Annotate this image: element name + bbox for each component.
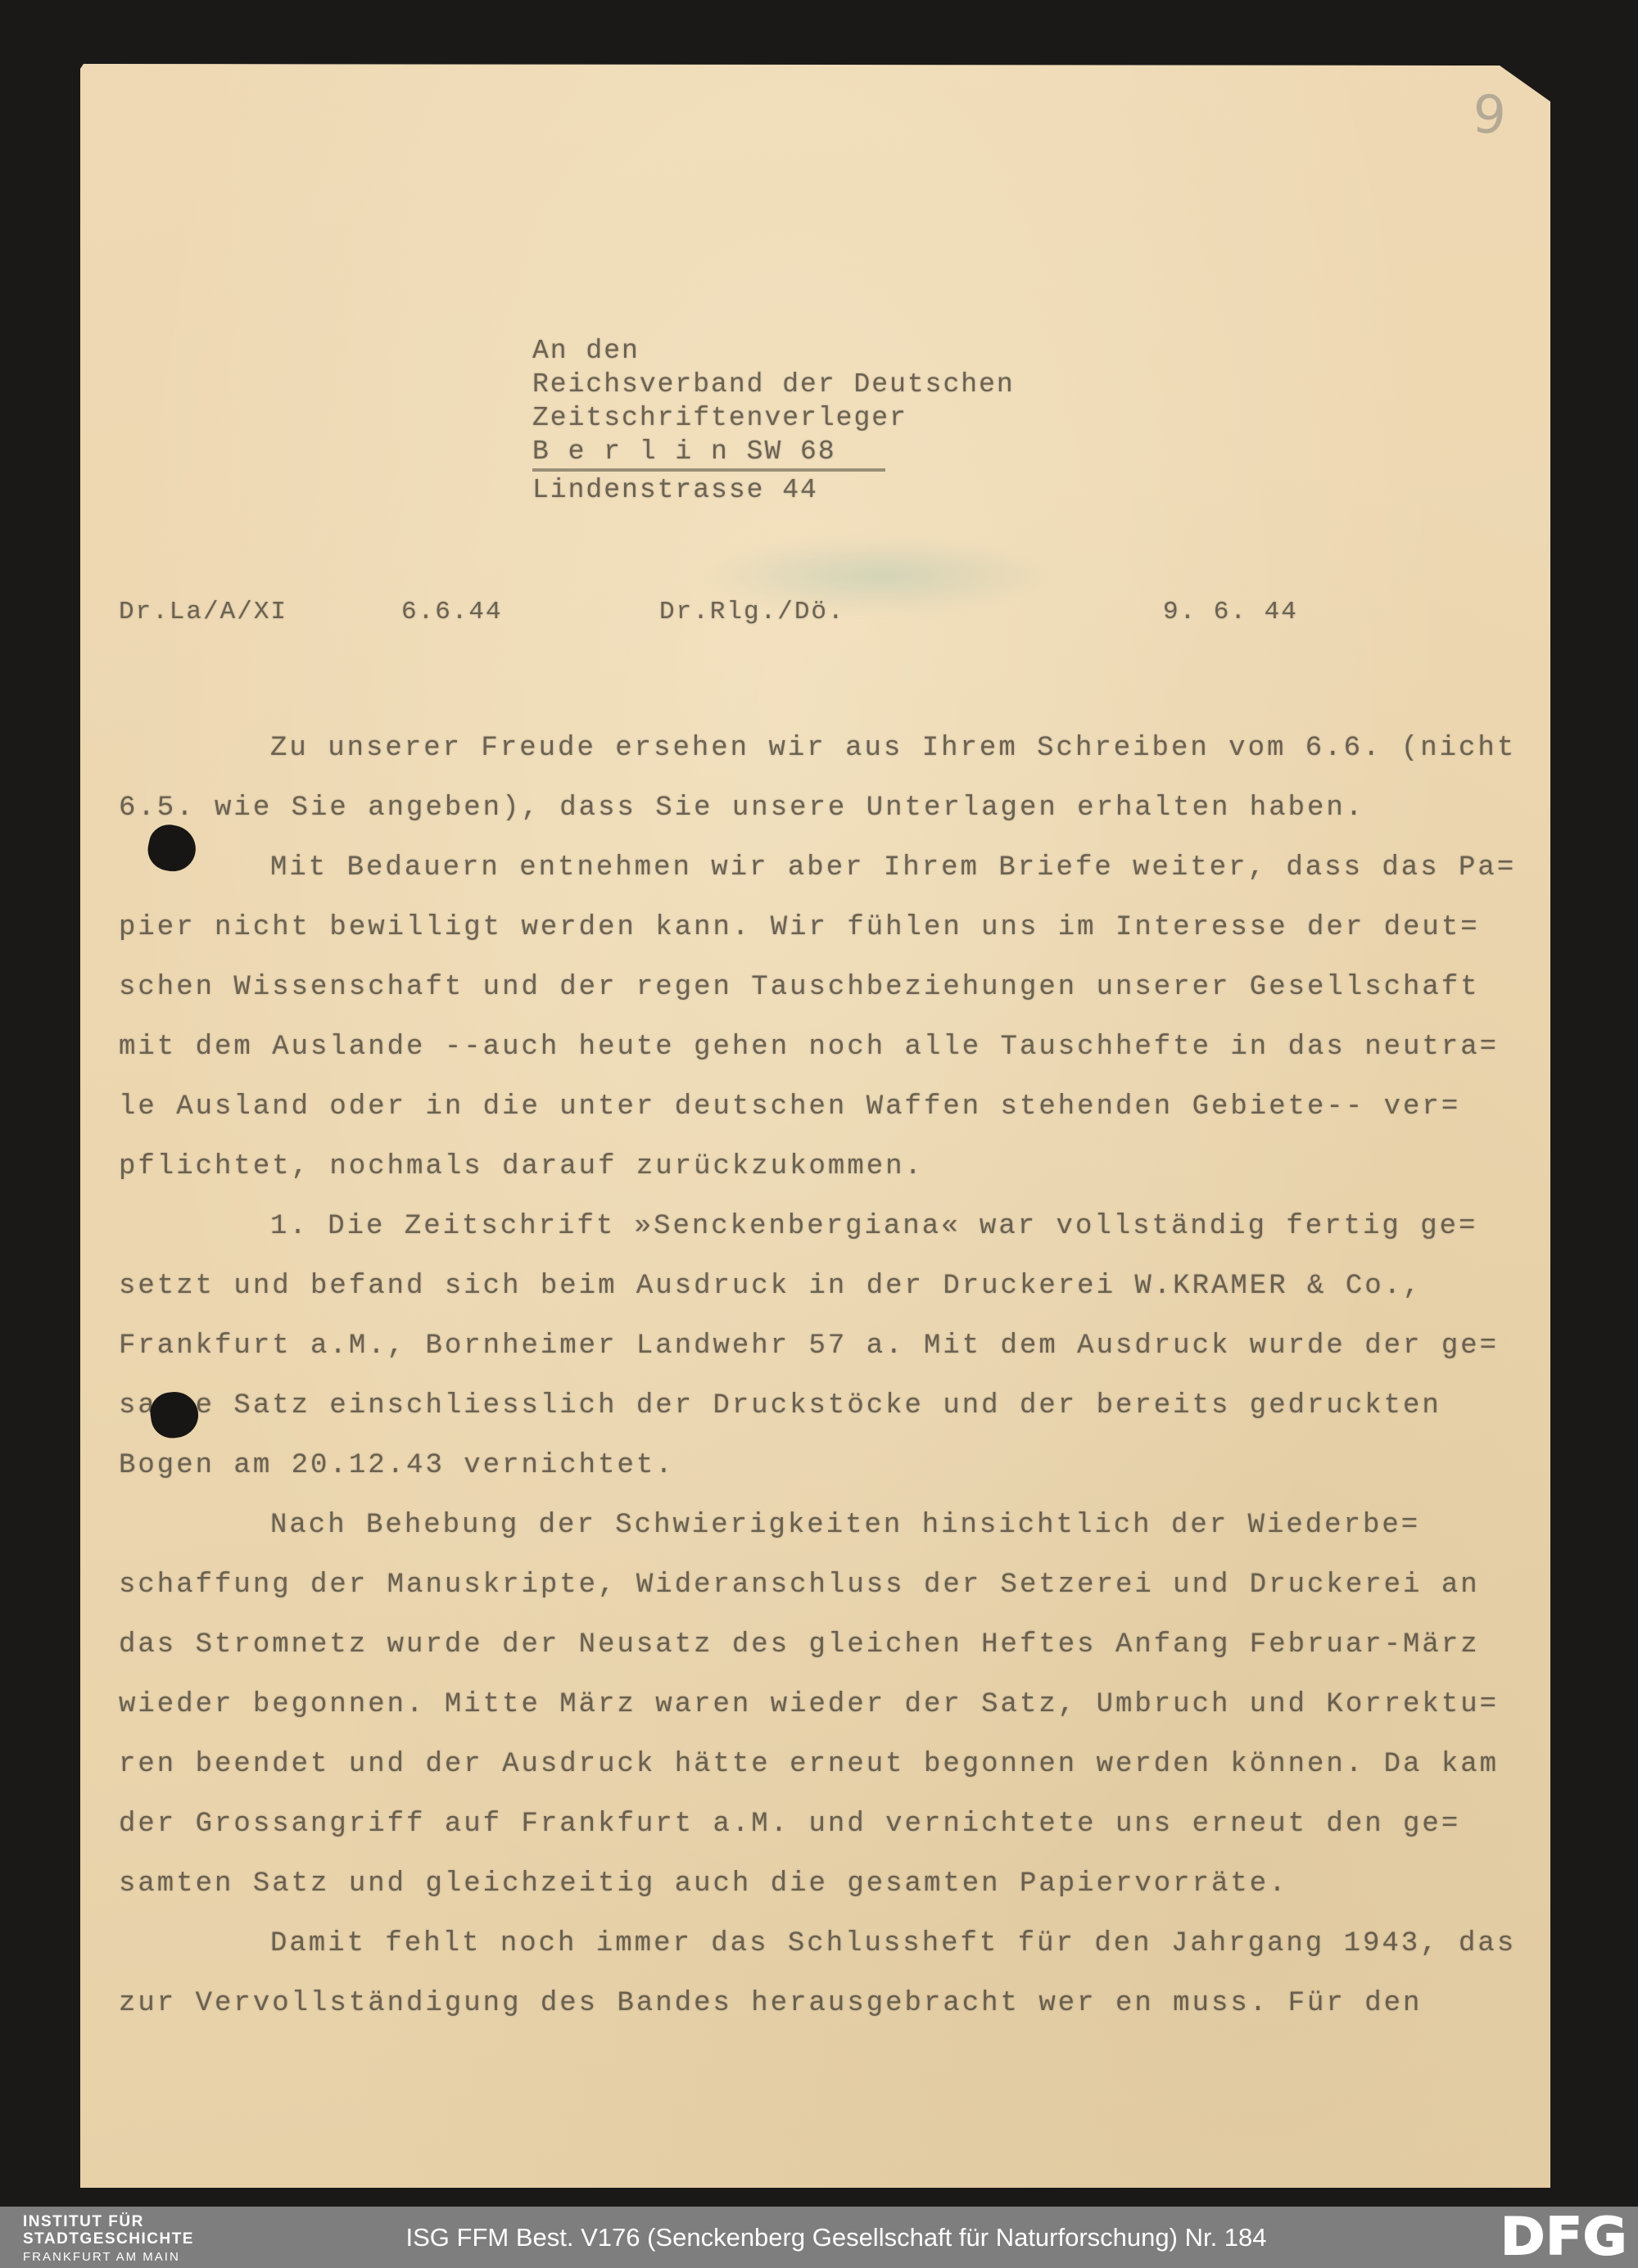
archive-caption: ISG FFM Best. V176 (Senckenberg Gesellsc… bbox=[406, 2223, 1267, 2252]
address-line: Zeitschriftenverleger bbox=[532, 401, 1015, 435]
reference-date-right: 9. 6. 44 bbox=[1163, 598, 1298, 626]
institute-line: INSTITUT FÜR bbox=[23, 2213, 194, 2230]
institute-line: STADTGESCHICHTE bbox=[23, 2230, 194, 2248]
typed-line: wieder begonnen. Mitte März waren wieder… bbox=[119, 1675, 1524, 1735]
letter-body: Zu unserer Freude ersehen wir aus Ihrem … bbox=[119, 719, 1524, 2034]
typed-line: Mit Bedauern entnehmen wir aber Ihrem Br… bbox=[119, 838, 1524, 898]
reference-date-left: 6.6.44 bbox=[401, 598, 503, 626]
address-line: An den bbox=[532, 334, 1015, 368]
typed-line: schaffung der Manuskripte, Wideranschlus… bbox=[119, 1556, 1524, 1615]
typed-line: mit dem Auslande --auch heute gehen noch… bbox=[119, 1018, 1524, 1078]
institute-line: FRANKFURT AM MAIN bbox=[23, 2249, 194, 2265]
typed-line: 6.5. wie Sie angeben), dass Sie unsere U… bbox=[119, 779, 1524, 838]
typed-line: das Stromnetz wurde der Neusatz des glei… bbox=[119, 1615, 1524, 1675]
typed-line: le Ausland oder in die unter deutschen W… bbox=[119, 1078, 1524, 1137]
handwritten-page-number: 9 bbox=[1471, 84, 1549, 150]
typed-line: 1. Die Zeitschrift »Senckenbergiana« war… bbox=[119, 1197, 1524, 1257]
typed-line: Bogen am 20.12.43 vernichtet. bbox=[119, 1436, 1524, 1496]
typed-line: zur Vervollständigung des Bandes herausg… bbox=[119, 1974, 1524, 2034]
reference-code-left: Dr.La/A/XI bbox=[119, 598, 287, 626]
typed-line: samte Satz einschliesslich der Druckstöc… bbox=[119, 1376, 1524, 1436]
typed-line: pier nicht bewilligt werden kann. Wir fü… bbox=[119, 898, 1524, 958]
scan-background: 9 An denReichsverband der DeutschenZeits… bbox=[0, 0, 1638, 2268]
address-line: Lindenstrasse 44 bbox=[532, 473, 1015, 507]
typed-line: samten Satz und gleichzeitig auch die ge… bbox=[119, 1855, 1524, 1914]
archive-footer-bar: INSTITUT FÜRSTADTGESCHICHTEFRANKFURT AM … bbox=[0, 2207, 1638, 2268]
address-line: B e r l i n SW 68 bbox=[532, 435, 885, 472]
typed-line: Nach Behebung der Schwierigkeiten hinsic… bbox=[119, 1496, 1524, 1556]
address-line: Reichsverband der Deutschen bbox=[532, 368, 1015, 401]
recipient-address-block: An denReichsverband der DeutschenZeitsch… bbox=[532, 334, 1015, 507]
reference-code-right: Dr.Rlg./Dö. bbox=[659, 598, 845, 626]
typed-line: setzt und befand sich beim Ausdruck in d… bbox=[119, 1257, 1524, 1317]
typed-line: Damit fehlt noch immer das Schlussheft f… bbox=[119, 1914, 1524, 1974]
document-page: 9 An denReichsverband der DeutschenZeits… bbox=[80, 64, 1550, 2188]
typed-line: schen Wissenschaft und der regen Tauschb… bbox=[119, 958, 1524, 1018]
typed-line: der Grossangriff auf Frankfurt a.M. und … bbox=[119, 1795, 1524, 1855]
typed-line: pflichtet, nochmals darauf zurückzukomme… bbox=[119, 1137, 1524, 1197]
typed-line: Frankfurt a.M., Bornheimer Landwehr 57 a… bbox=[119, 1317, 1524, 1376]
dfg-logo: DFG bbox=[1501, 2207, 1628, 2266]
typed-line: Zu unserer Freude ersehen wir aus Ihrem … bbox=[119, 719, 1524, 779]
typed-line: ren beendet und der Ausdruck hätte erneu… bbox=[119, 1735, 1524, 1795]
institute-wordmark: INSTITUT FÜRSTADTGESCHICHTEFRANKFURT AM … bbox=[23, 2213, 194, 2265]
